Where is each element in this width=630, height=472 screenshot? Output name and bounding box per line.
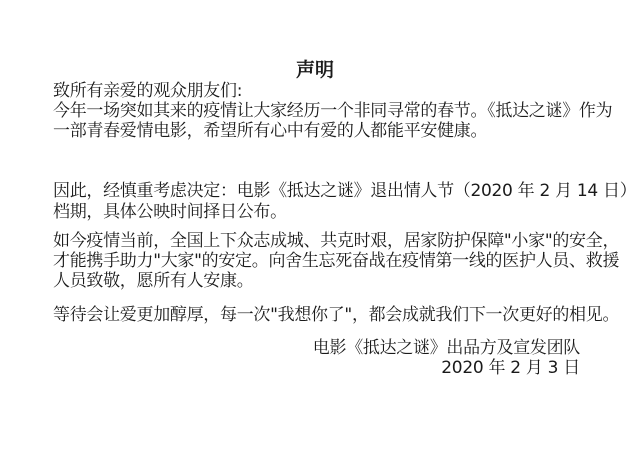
signature-issuer: 电影《抵达之谜》出品方及宣发团队: [313, 338, 580, 358]
paragraph-3-line-1-visible: 如今疫情当前，全国上下众志成城、共克时艰，居家防护保障"小家"的安全，: [53, 231, 619, 251]
paragraph-3-line-3: 人员致敬，愿所有人安康。: [53, 271, 253, 291]
greeting: 致所有亲爱的观众朋友们:: [53, 81, 242, 101]
paragraph-4-line-1: 等待会让爱更加醇厚，每一次"我想你了"，都会成就我们下一次更好的相见。: [53, 305, 619, 325]
document-title: 声明: [0, 59, 630, 81]
paragraph-3-line-2: 才能携手助力"大家"的安定。向舍生忘死奋战在疫情第一线的医护人员、救援: [53, 251, 619, 271]
paragraph-1-line-2: 一部青春爱情电影，希望所有心中有爱的人都能平安健康。: [53, 121, 487, 141]
paragraph-2-line-2: 档期，具体公映时间择日公布。: [53, 202, 287, 222]
paragraph-1-line-1: 今年一场突如其来的疫情让大家经历一个非同寻常的春节。《抵达之谜》作为: [53, 101, 612, 121]
signature-date: 2020 年 2 月 3 日: [441, 358, 580, 378]
paragraph-2-line-1: 因此，经慎重考虑决定：电影《抵达之谜》退出情人节（2020 年 2 月 14 日…: [53, 181, 630, 201]
